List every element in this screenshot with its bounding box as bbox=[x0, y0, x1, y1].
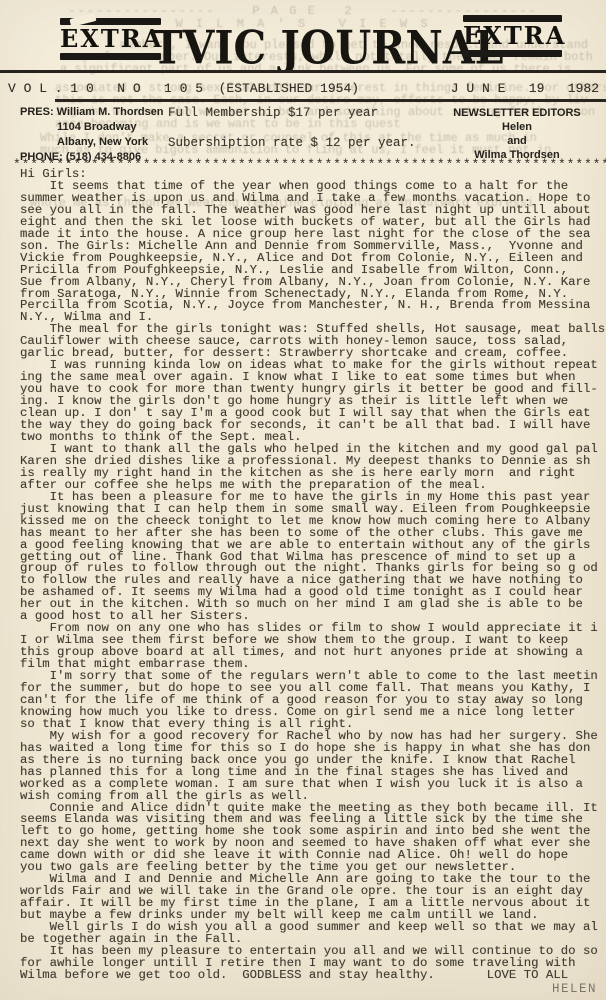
address-line-2: Albany, New York bbox=[57, 136, 148, 148]
extra-label-left: EXTRA bbox=[60, 25, 161, 53]
subscription-rate: Subershiption rate $ 12 per year. bbox=[168, 136, 416, 150]
extra-label-right: EXTRA bbox=[463, 22, 562, 50]
banner-bar-bottom-left bbox=[60, 53, 161, 60]
volume-number: V O L . 1 0 N O 1 0 5 (ESTABLISHED 1954) bbox=[8, 81, 359, 96]
signature-helen: HELEN bbox=[552, 982, 597, 996]
banner-bar-bottom-right bbox=[463, 50, 562, 57]
editor-name-1: Helen bbox=[441, 120, 593, 134]
volume-rule bbox=[55, 99, 606, 102]
journal-title: TVIC JOURNAL bbox=[152, 22, 468, 74]
extra-banner-right: EXTRA bbox=[463, 15, 562, 57]
publisher-info: PRES: William M. Thordsen 1104 Broadway … bbox=[0, 103, 606, 161]
extra-banner-left: EXTRA bbox=[60, 18, 161, 60]
editors-heading: NEWSLETTER EDITORS bbox=[441, 106, 593, 120]
banner-bar-top-right bbox=[463, 15, 562, 22]
membership-rate: Full Membership $17 per year bbox=[168, 106, 378, 120]
editor-and: and bbox=[441, 134, 593, 148]
president-line: PRES: William M. Thordsen bbox=[20, 106, 164, 118]
issue-date: J U N E 19 1982 bbox=[451, 81, 599, 96]
newsletter-page: ---------------- P A G E 2 -------------… bbox=[0, 0, 606, 1000]
masthead-rule bbox=[0, 70, 606, 73]
letter-body: Hi Girls: It seems that time of the year… bbox=[20, 169, 605, 982]
volume-date-row: V O L . 1 0 N O 1 0 5 (ESTABLISHED 1954)… bbox=[8, 81, 599, 96]
newsletter-editors: NEWSLETTER EDITORS Helen and Wilma Thord… bbox=[441, 106, 593, 162]
address-line-1: 1104 Broadway bbox=[57, 121, 137, 133]
banner-bar-top-left bbox=[60, 18, 161, 25]
masthead: EXTRA TVIC JOURNAL EXTRA bbox=[0, 14, 606, 72]
paper-tear-mark bbox=[69, 13, 96, 27]
